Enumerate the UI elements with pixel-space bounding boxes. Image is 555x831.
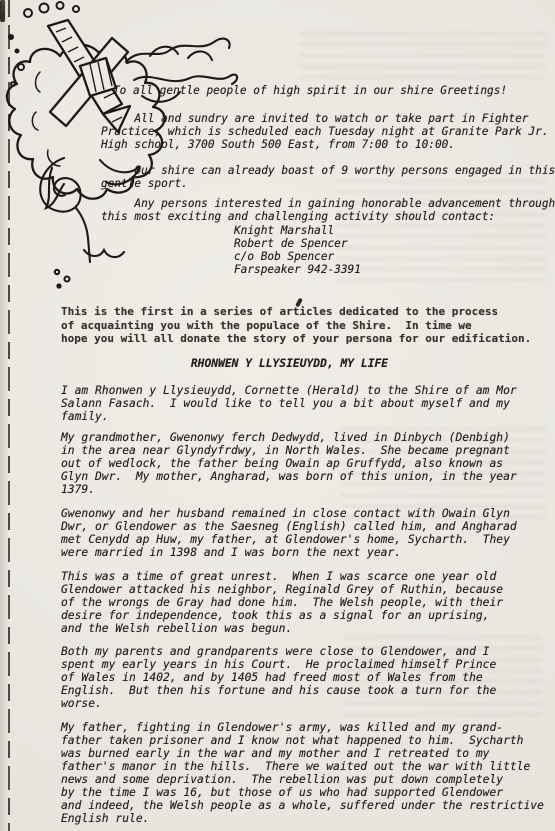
article-paragraph: Gwenonwy and her husband remained in clo… xyxy=(61,507,517,559)
page-bleedthrough xyxy=(300,24,546,82)
article-paragraph: My grandmother, Gwenonwy ferch Dedwydd, … xyxy=(61,431,517,496)
contact-block: Knight Marshall Robert de Spencer c/o Bo… xyxy=(234,224,361,276)
corner-ornament xyxy=(0,0,240,304)
crossed-axes-corner-flourish-icon xyxy=(0,0,240,300)
article-paragraph: I am Rhonwen y Llysieuydd, Cornette (Her… xyxy=(61,384,517,423)
article-paragraph: Both my parents and grandparents were cl… xyxy=(61,645,496,710)
article-title: RHONWEN Y LLYSIEUYDD, MY LIFE xyxy=(12,357,555,370)
article-paragraph: My father, fighting in Glendower's army,… xyxy=(61,721,544,825)
scanned-newsletter-page: To all gentle people of high spirit in o… xyxy=(0,0,555,831)
article-paragraph: This was a time of great unrest. When I … xyxy=(61,570,503,635)
series-intro-paragraph: This is the first in a series of article… xyxy=(61,305,531,346)
